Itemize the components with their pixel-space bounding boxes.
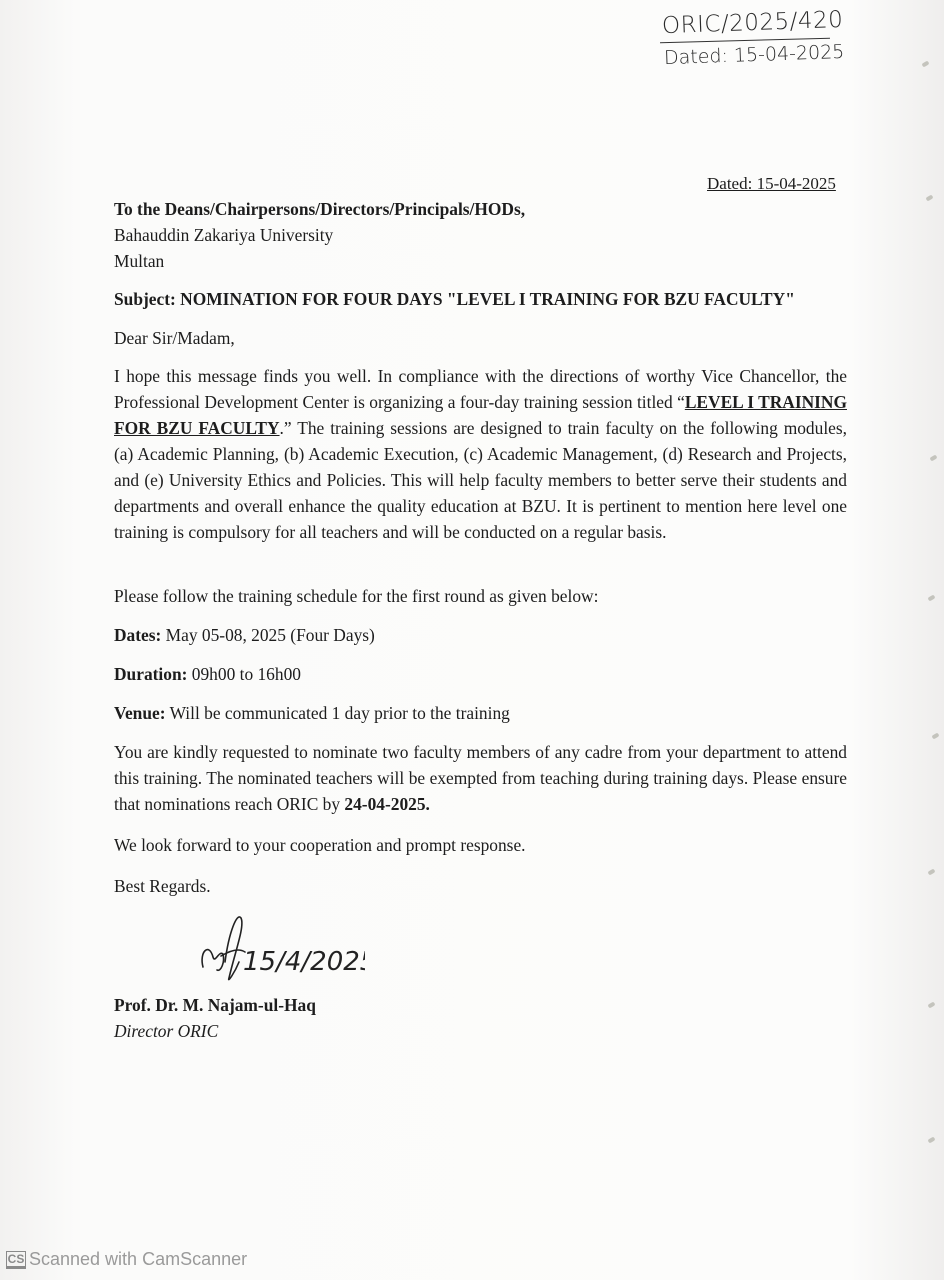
- request-text: You are kindly requested to nominate two…: [114, 742, 847, 814]
- subject-label: Subject:: [114, 289, 176, 309]
- deadline-date: 24-04-2025.: [344, 794, 430, 814]
- scan-speck: [927, 869, 935, 876]
- subject-line: Subject: NOMINATION FOR FOUR DAYS "LEVEL…: [114, 286, 847, 312]
- addressee-line-1: To the Deans/Chairpersons/Directors/Prin…: [114, 196, 847, 222]
- request-paragraph: You are kindly requested to nominate two…: [114, 739, 847, 817]
- scan-speck: [925, 195, 933, 202]
- scan-speck: [929, 455, 937, 462]
- venue-value: Will be communicated 1 day prior to the …: [166, 703, 510, 723]
- camscanner-logo-icon: CS: [6, 1251, 26, 1269]
- schedule-intro: Please follow the training schedule for …: [114, 583, 847, 609]
- subject-text: NOMINATION FOR FOUR DAYS "LEVEL I TRAINI…: [176, 289, 795, 309]
- scan-speck: [927, 1137, 935, 1144]
- signature-scrawl-icon: 15/4/2025: [195, 912, 365, 992]
- duration-label: Duration:: [114, 664, 187, 684]
- salutation: Dear Sir/Madam,: [114, 325, 847, 351]
- dates-value: May 05-08, 2025 (Four Days): [161, 625, 375, 645]
- addressee-block: To the Deans/Chairpersons/Directors/Prin…: [114, 196, 847, 274]
- scan-speck: [931, 733, 939, 740]
- addressee-line-2: Bahauddin Zakariya University: [114, 222, 847, 248]
- schedule-venue: Venue: Will be communicated 1 day prior …: [114, 700, 847, 726]
- signatory-title: Director ORIC: [114, 1018, 847, 1044]
- handwritten-reference-number: ORIC/2025/420: [662, 7, 844, 39]
- signature: 15/4/2025: [195, 912, 365, 997]
- duration-value: 09h00 to 16h00: [187, 664, 301, 684]
- schedule-duration: Duration: 09h00 to 16h00: [114, 661, 847, 687]
- handwritten-date: Dated: 15-04-2025: [664, 41, 845, 69]
- signatory-name: Prof. Dr. M. Najam-ul-Haq: [114, 992, 847, 1018]
- camscanner-watermark: CS Scanned with CamScanner: [6, 1249, 247, 1270]
- scan-speck: [921, 61, 929, 68]
- svg-text:15/4/2025: 15/4/2025: [243, 947, 365, 977]
- scan-speck: [927, 595, 935, 602]
- schedule-dates: Dates: May 05-08, 2025 (Four Days): [114, 622, 847, 648]
- addressee-line-3: Multan: [114, 248, 847, 274]
- body-paragraph-1: I hope this message finds you well. In c…: [114, 363, 847, 545]
- regards-line: Best Regards.: [114, 873, 847, 899]
- watermark-text: Scanned with CamScanner: [29, 1249, 247, 1270]
- closing-line: We look forward to your cooperation and …: [114, 832, 847, 858]
- venue-label: Venue:: [114, 703, 166, 723]
- scanned-page: ORIC/2025/420 Dated: 15-04-2025 Dated: 1…: [0, 0, 944, 1280]
- scan-speck: [927, 1002, 935, 1009]
- dates-label: Dates:: [114, 625, 161, 645]
- letter-date: Dated: 15-04-2025: [707, 174, 836, 194]
